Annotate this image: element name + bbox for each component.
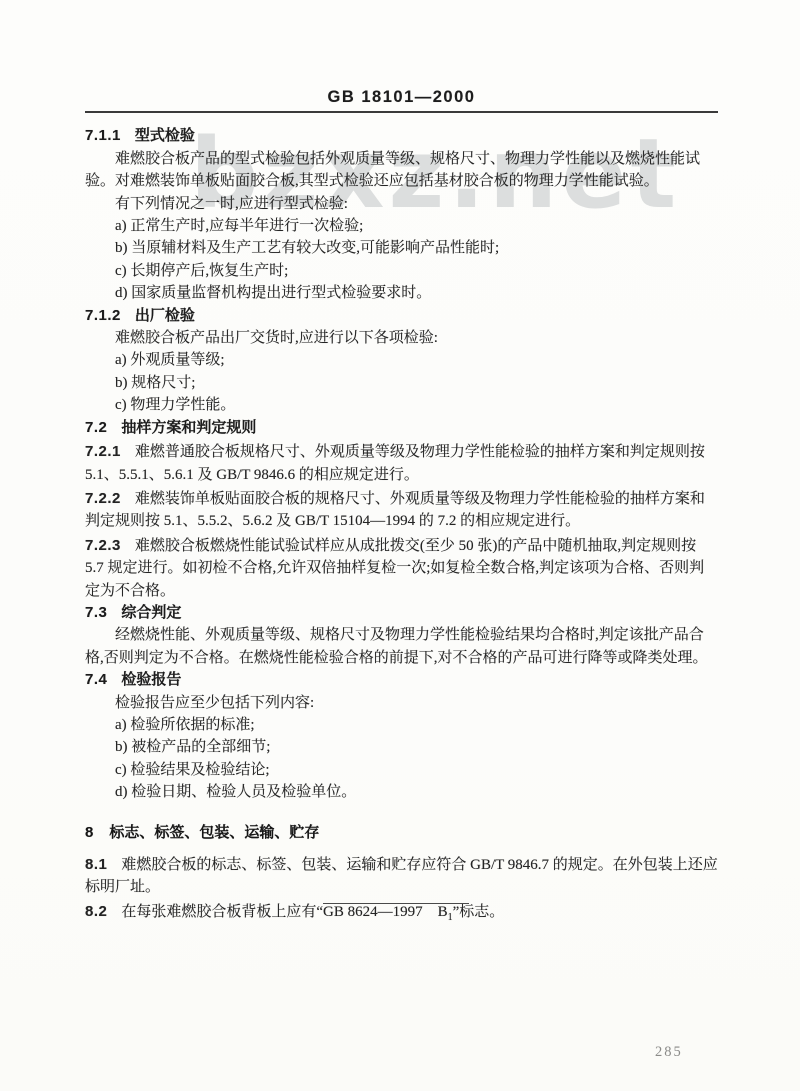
paragraph-text: 难燃装饰单板贴面胶合板的规格尺寸、外观质量等级及物理力学性能检验的抽样方案和判定… [85, 491, 705, 529]
list-item-b: b) 当原辅材料及生产工艺有较大改变,可能影响产品性能时; [115, 237, 718, 259]
clause-heading-7-2: 7.2抽样方案和判定规则 [85, 417, 718, 439]
list-item-b: b) 规格尺寸; [115, 372, 718, 394]
paragraph: 经燃烧性能、外观质量等级、规格尺寸及物理力学性能检验结果均合格时,判定该批产品合… [85, 624, 718, 669]
clause-title: 抽样方案和判定规则 [121, 419, 256, 436]
clause-number: 8.2 [85, 903, 107, 920]
numbered-paragraph-7-2-1: 7.2.1难燃普通胶合板规格尺寸、外观质量等级及物理力学性能检验的抽样方案和判定… [85, 441, 718, 486]
list-item-b: b) 被检产品的全部细节; [115, 736, 718, 758]
page-number: 285 [655, 1044, 683, 1061]
clause-number: 7.4 [85, 671, 107, 688]
paragraph-text: 难燃普通胶合板规格尺寸、外观质量等级及物理力学性能检验的抽样方案和判定规则按 5… [85, 444, 705, 482]
end-of-document-rule [323, 903, 469, 904]
clause-heading-7-4: 7.4检验报告 [85, 669, 718, 691]
list-item-a: a) 正常生产时,应每半年进行一次检验; [115, 215, 718, 237]
list-item-c: c) 物理力学性能。 [115, 394, 718, 416]
clause-title: 型式检验 [135, 127, 195, 144]
clause-number: 7.2 [85, 419, 107, 436]
list-item-d: d) 国家质量监督机构提出进行型式检验要求时。 [115, 282, 718, 304]
paragraph: 难燃胶合板产品的型式检验包括外观质量等级、规格尺寸、物理力学性能以及燃烧性能试验… [85, 148, 718, 193]
list-item-a: a) 检验所依据的标准; [115, 714, 718, 736]
paragraph: 检验报告应至少包括下列内容: [85, 692, 718, 714]
list-item-d: d) 检验日期、检验人员及检验单位。 [115, 781, 718, 803]
paragraph-text: ”标志。 [453, 904, 505, 920]
chapter-heading-8: 8标志、标签、包装、运输、贮存 [85, 822, 718, 844]
paragraph: 难燃胶合板产品出厂交货时,应进行以下各项检验: [85, 327, 718, 349]
list-item-c: c) 长期停产后,恢复生产时; [115, 260, 718, 282]
clause-number: 7.2.1 [85, 443, 121, 460]
clause-number: 7.3 [85, 604, 107, 621]
clause-heading-7-3: 7.3综合判定 [85, 602, 718, 624]
paragraph-text: 难燃胶合板燃烧性能试验试样应从成批拨交(至少 50 张)的产品中随机抽取,判定规… [85, 538, 704, 599]
clause-number: 7.1.1 [85, 127, 121, 144]
numbered-paragraph-7-2-2: 7.2.2难燃装饰单板贴面胶合板的规格尺寸、外观质量等级及物理力学性能检验的抽样… [85, 488, 718, 533]
standard-code-header: GB 18101—2000 [85, 86, 718, 108]
numbered-paragraph-7-2-3: 7.2.3难燃胶合板燃烧性能试验试样应从成批拨交(至少 50 张)的产品中随机抽… [85, 535, 718, 602]
paragraph-text: 在每张难燃胶合板背板上应有“GB 8624—1997 B [121, 904, 447, 920]
chapter-title: 标志、标签、包装、运输、贮存 [109, 824, 319, 841]
clause-title: 检验报告 [121, 671, 181, 688]
page-content: GB 18101—2000 7.1.1型式检验 难燃胶合板产品的型式检验包括外观… [85, 86, 718, 929]
list-item-a: a) 外观质量等级; [115, 349, 718, 371]
clause-title: 出厂检验 [135, 307, 195, 324]
chapter-number: 8 [85, 824, 93, 841]
clause-title: 综合判定 [121, 604, 181, 621]
clause-number: 8.1 [85, 856, 107, 873]
numbered-paragraph-8-2: 8.2在每张难燃胶合板背板上应有“GB 8624—1997 B1”标志。 [85, 901, 718, 929]
clause-number: 7.2.2 [85, 490, 121, 507]
paragraph-text: 难燃胶合板的标志、标签、包装、运输和贮存应符合 GB/T 9846.7 的规定。… [85, 857, 718, 895]
scanned-document-page: bzxz.net GB 18101—2000 7.1.1型式检验 难燃胶合板产品… [0, 0, 800, 1091]
clause-number: 7.2.3 [85, 537, 121, 554]
paragraph: 有下列情况之一时,应进行型式检验: [85, 193, 718, 215]
numbered-paragraph-8-1: 8.1难燃胶合板的标志、标签、包装、运输和贮存应符合 GB/T 9846.7 的… [85, 854, 718, 899]
clause-number: 7.1.2 [85, 307, 121, 324]
clause-heading-7-1-2: 7.1.2出厂检验 [85, 305, 718, 327]
header-rule [85, 111, 718, 113]
clause-heading-7-1-1: 7.1.1型式检验 [85, 125, 718, 147]
list-item-c: c) 检验结果及检验结论; [115, 759, 718, 781]
